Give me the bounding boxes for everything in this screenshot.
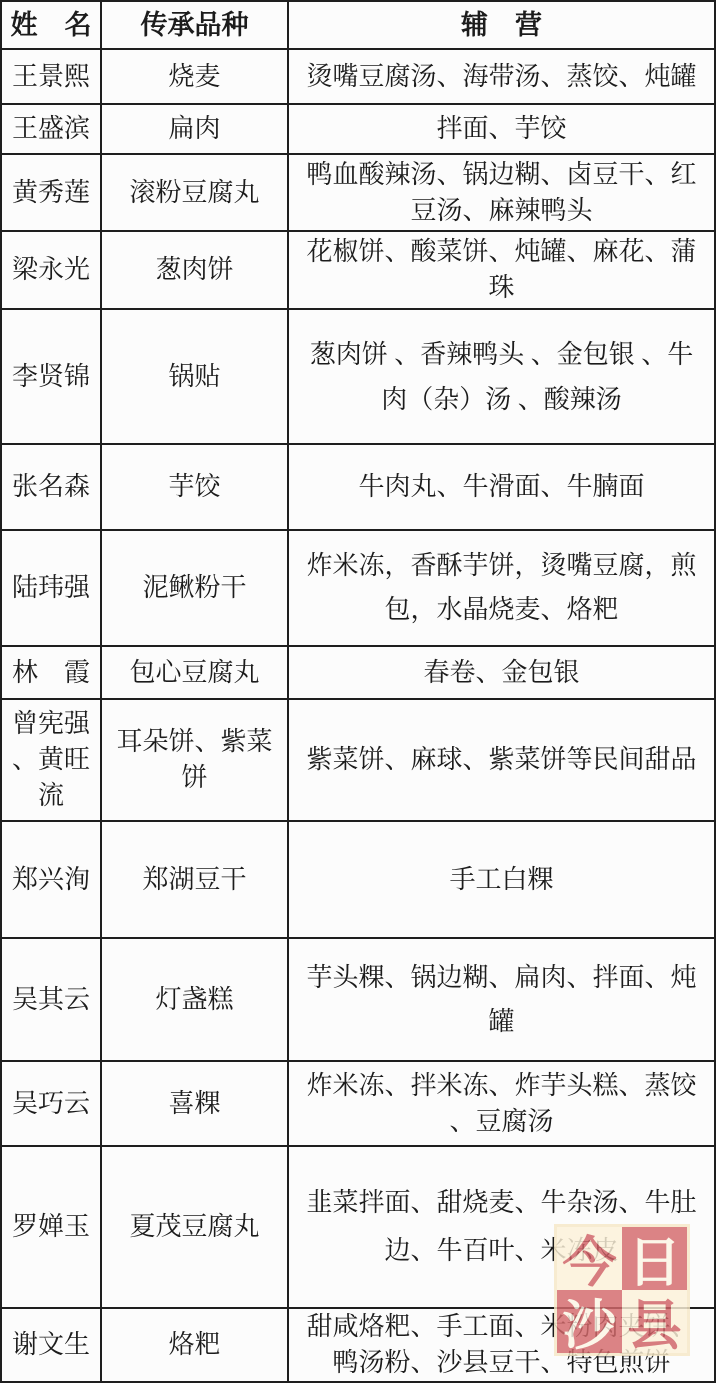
cell-name: 陆玮强: [1, 530, 101, 646]
table-row: 郑兴洵 郑湖豆干 手工白粿: [1, 821, 715, 938]
cell-auxiliary: 手工白粿: [288, 821, 715, 938]
cell-name: 黄秀莲: [1, 154, 101, 231]
cell-auxiliary: 葱肉饼 、香辣鸭头 、金包银 、牛肉（杂）汤 、酸辣汤: [288, 309, 715, 444]
cell-auxiliary: 芋头粿、锅边糊、扁肉、拌面、炖罐: [288, 938, 715, 1061]
cell-name: 梁永光: [1, 231, 101, 309]
cell-name: 张名森: [1, 444, 101, 530]
table-row: 张名森 芋饺 牛肉丸、牛滑面、牛腩面: [1, 444, 715, 530]
cell-name: 王盛滨: [1, 104, 101, 154]
table-row: 罗婵玉 夏茂豆腐丸 韭菜拌面、甜烧麦、牛杂汤、牛肚边、牛百叶、米冻皮: [1, 1146, 715, 1308]
cell-auxiliary: 鸭血酸辣汤、锅边糊、卤豆干、红豆汤、麻辣鸭头: [288, 154, 715, 231]
cell-name: 李贤锦: [1, 309, 101, 444]
cell-variety: 锅贴: [101, 309, 288, 444]
table-row: 曾宪强、黄旺流 耳朵饼、紫菜饼 紫菜饼、麻球、紫菜饼等民间甜品: [1, 699, 715, 821]
cell-auxiliary: 紫菜饼、麻球、紫菜饼等民间甜品: [288, 699, 715, 821]
table-row: 陆玮强 泥鳅粉干 炸米冻，香酥芋饼，烫嘴豆腐，煎包，水晶烧麦、烙粑: [1, 530, 715, 646]
cell-auxiliary: 甜咸烙粑、手工面、米粉肉夹饼、鸭汤粉、沙县豆干、特色煎饼: [288, 1308, 715, 1382]
cell-auxiliary: 烫嘴豆腐汤、海带汤、蒸饺、炖罐: [288, 49, 715, 104]
table-row: 王景熙 烧麦 烫嘴豆腐汤、海带汤、蒸饺、炖罐: [1, 49, 715, 104]
col-header-variety: 传承品种: [101, 1, 288, 49]
table-row: 梁永光 葱肉饼 花椒饼、酸菜饼、炖罐、麻花、蒲珠: [1, 231, 715, 309]
cell-auxiliary: 拌面、芋饺: [288, 104, 715, 154]
cell-variety: 喜粿: [101, 1061, 288, 1146]
cell-auxiliary: 韭菜拌面、甜烧麦、牛杂汤、牛肚边、牛百叶、米冻皮: [288, 1146, 715, 1308]
cell-name: 郑兴洵: [1, 821, 101, 938]
cell-variety: 灯盏糕: [101, 938, 288, 1061]
table-row: 黄秀莲 滚粉豆腐丸 鸭血酸辣汤、锅边糊、卤豆干、红豆汤、麻辣鸭头: [1, 154, 715, 231]
cell-variety: 扁肉: [101, 104, 288, 154]
cell-variety: 泥鳅粉干: [101, 530, 288, 646]
cell-auxiliary: 花椒饼、酸菜饼、炖罐、麻花、蒲珠: [288, 231, 715, 309]
cell-name: 林 霞: [1, 646, 101, 699]
cell-auxiliary: 春卷、金包银: [288, 646, 715, 699]
cell-variety: 葱肉饼: [101, 231, 288, 309]
col-header-auxiliary: 辅 营: [288, 1, 715, 49]
cell-variety: 滚粉豆腐丸: [101, 154, 288, 231]
cell-variety: 耳朵饼、紫菜饼: [101, 699, 288, 821]
document-page: 姓 名 传承品种 辅 营 王景熙 烧麦 烫嘴豆腐汤、海带汤、蒸饺、炖罐 王盛滨 …: [0, 0, 716, 1383]
cell-variety: 包心豆腐丸: [101, 646, 288, 699]
cell-variety: 烧麦: [101, 49, 288, 104]
cell-name: 谢文生: [1, 1308, 101, 1382]
cell-auxiliary: 牛肉丸、牛滑面、牛腩面: [288, 444, 715, 530]
col-header-name: 姓 名: [1, 1, 101, 49]
cell-variety: 烙粑: [101, 1308, 288, 1382]
cell-variety: 郑湖豆干: [101, 821, 288, 938]
cell-variety: 芋饺: [101, 444, 288, 530]
table-row: 吴其云 灯盏糕 芋头粿、锅边糊、扁肉、拌面、炖罐: [1, 938, 715, 1061]
table-row: 谢文生 烙粑 甜咸烙粑、手工面、米粉肉夹饼、鸭汤粉、沙县豆干、特色煎饼: [1, 1308, 715, 1382]
cell-name: 王景熙: [1, 49, 101, 104]
cell-variety: 夏茂豆腐丸: [101, 1146, 288, 1308]
table-row: 李贤锦 锅贴 葱肉饼 、香辣鸭头 、金包银 、牛肉（杂）汤 、酸辣汤: [1, 309, 715, 444]
cell-auxiliary: 炸米冻，香酥芋饼，烫嘴豆腐，煎包，水晶烧麦、烙粑: [288, 530, 715, 646]
cell-name: 吴其云: [1, 938, 101, 1061]
table-row: 林 霞 包心豆腐丸 春卷、金包银: [1, 646, 715, 699]
header-row: 姓 名 传承品种 辅 营: [1, 1, 715, 49]
inheritors-table: 姓 名 传承品种 辅 营 王景熙 烧麦 烫嘴豆腐汤、海带汤、蒸饺、炖罐 王盛滨 …: [0, 0, 716, 1383]
table-row: 王盛滨 扁肉 拌面、芋饺: [1, 104, 715, 154]
cell-name: 曾宪强、黄旺流: [1, 699, 101, 821]
table-row: 吴巧云 喜粿 炸米冻、拌米冻、炸芋头糕、蒸饺、豆腐汤: [1, 1061, 715, 1146]
cell-name: 罗婵玉: [1, 1146, 101, 1308]
cell-auxiliary: 炸米冻、拌米冻、炸芋头糕、蒸饺、豆腐汤: [288, 1061, 715, 1146]
cell-name: 吴巧云: [1, 1061, 101, 1146]
